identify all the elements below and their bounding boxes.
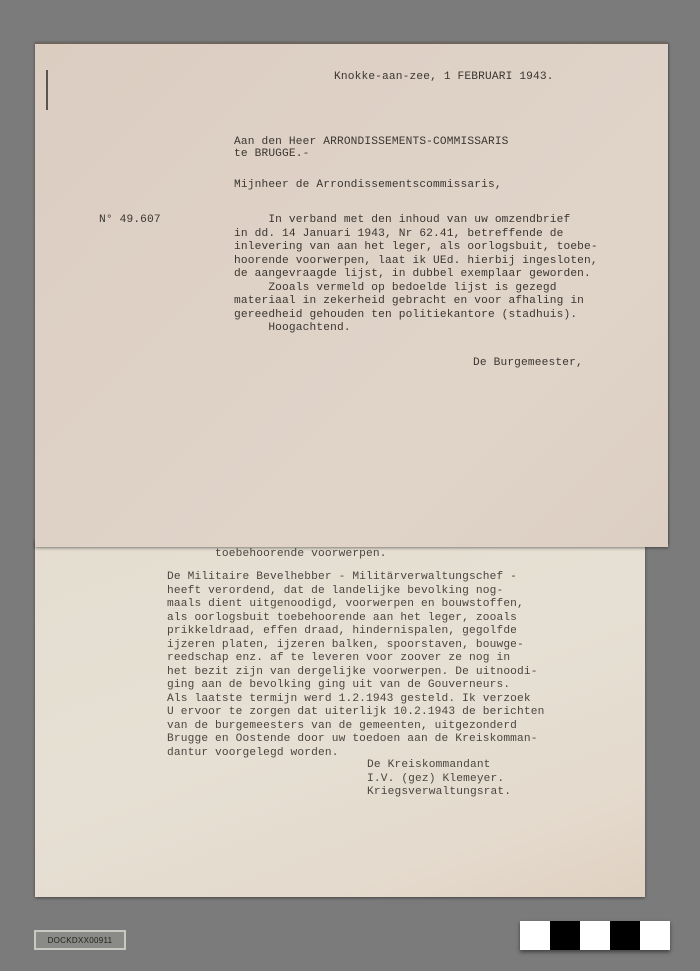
body-line: Brugge en Oostende door uw toedoen aan d… [167, 733, 545, 747]
body-line: dantur voorgelegd worden. [167, 747, 545, 761]
memo-body: De Militaire Bevelhebber - Militärverwal… [167, 571, 545, 760]
body-line: inlevering van aan het leger, als oorlog… [234, 241, 598, 255]
staple-mark [46, 70, 48, 110]
kreiskommandant-signature: De Kreiskommandant I.V. (gez) Klemeyer. … [367, 759, 511, 800]
reference-number: N° 49.607 [99, 214, 161, 228]
signature-burgemeester: De Burgemeester, [473, 357, 583, 371]
body-line: prikkeldraad, effen draad, hindernispale… [167, 625, 545, 639]
document-id-label: DOCKDXX00911 [34, 930, 126, 950]
body-line: In verband met den inhoud van uw omzendb… [234, 214, 598, 228]
signature-line: Kriegsverwaltungsrat. [367, 786, 511, 800]
body-line: in dd. 14 Januari 1943, Nr 62.41, betref… [234, 228, 598, 242]
letter-kreiskommandant: Betr.: Inlevering van als oorlogsbuit aa… [35, 540, 645, 897]
target-patch [610, 921, 640, 950]
target-patch [520, 921, 550, 950]
salutation: Mijnheer de Arrondissementscommissaris, [234, 179, 502, 193]
body-line: hoorende voorwerpen, laat ik UEd. hierbi… [234, 255, 598, 269]
body-line: De Militaire Bevelhebber - Militärverwal… [167, 571, 545, 585]
signature-line: I.V. (gez) Klemeyer. [367, 773, 511, 787]
place-date: Knokke-aan-zee, 1 FEBRUARI 1943. [334, 71, 554, 85]
letter-burgemeester: Knokke-aan-zee, 1 FEBRUARI 1943. Aan den… [35, 42, 668, 547]
body-line: van de burgemeesters van de gemeenten, u… [167, 720, 545, 734]
body-line: U ervoor te zorgen dat uiterlijk 10.2.19… [167, 706, 545, 720]
subject-line-2: toebehoorende voorwerpen. [167, 548, 387, 562]
body-line: het bezit zijn van dergelijke voorwerpen… [167, 666, 545, 680]
body-line: ijzeren platen, ijzeren balken, spoorsta… [167, 639, 545, 653]
target-patch [550, 921, 580, 950]
body-line: Als laatste termijn werd 1.2.1943 gestel… [167, 693, 545, 707]
body-line: als oorlogsbuit toebehoorende aan het le… [167, 612, 545, 626]
signature-line: De Kreiskommandant [367, 759, 511, 773]
color-calibration-target [520, 921, 670, 950]
body-line: materiaal in zekerheid gebracht en voor … [234, 295, 598, 309]
letter-body: In verband met den inhoud van uw omzendb… [234, 214, 598, 336]
body-line: ging aan de bevolking ging uit van de Go… [167, 679, 545, 693]
addressee-line-2: te BRUGGE.- [234, 148, 310, 162]
body-line: heeft verordend, dat de landelijke bevol… [167, 585, 545, 599]
body-line: gereedheid gehouden ten politiekantore (… [234, 309, 598, 323]
body-line: Zooals vermeld op bedoelde lijst is geze… [234, 282, 598, 296]
body-line: Hoogachtend. [234, 322, 598, 336]
body-line: de aangevraagde lijst, in dubbel exempla… [234, 268, 598, 282]
body-line: reedschap enz. af te leveren voor zoover… [167, 652, 545, 666]
target-patch [580, 921, 610, 950]
target-patch [640, 921, 670, 950]
body-line: maals dient uitgenoodigd, voorwerpen en … [167, 598, 545, 612]
